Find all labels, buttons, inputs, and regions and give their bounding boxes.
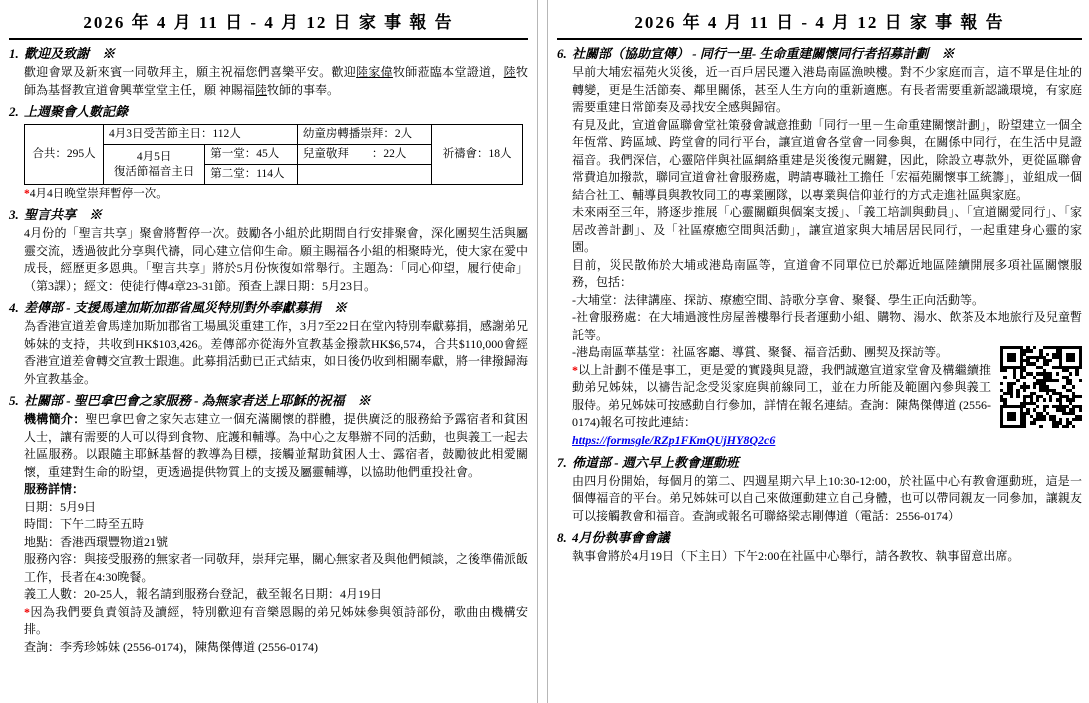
underlined-name: 陸 [504, 65, 516, 79]
bulletin-document: 2026 年 4 月 11 日 - 4 月 12 日 家 事 報 告 1. 歡迎… [0, 0, 1089, 703]
item-heading: 2. 上週聚會人數記錄 [9, 102, 528, 122]
paragraph: 目前，災民散佈於大埔或港島南區等，宣道會不同單位已於鄰近地區陸續開展多項社區關懷… [572, 257, 1082, 292]
item-title: 上週聚會人數記錄 [24, 102, 528, 122]
item-missions-donation: 4. 差傳部 - 支援馬達加斯加郡省風災特別對外奉獻募捐 ※ 為香港宣道差會馬達… [9, 298, 528, 388]
intro-text: 聖巴拿巴會之家矢志建立一個充滿關懷的群體，提供廣泛的服務給予露宿者和貧困人士，讓… [24, 412, 528, 479]
item-body: 早前大埔宏福苑火災後，近一百戶居民遷入港島南區漁映樓。對不少家庭而言，這不單是住… [572, 64, 1082, 450]
service-place: 地點：香港西環豐物道21號 [24, 534, 528, 552]
item-heading: 4. 差傳部 - 支援馬達加斯加郡省風災特別對外奉獻募捐 ※ [9, 298, 528, 318]
cell-first-service: 第一堂：45人 [205, 145, 298, 165]
item-body: 為香港宣道差會馬達加斯加郡省工場風災重建工作，3月7至22日在堂內特別奉獻募捐，… [24, 318, 528, 388]
easter-date-line2: 復活節福音主日 [109, 165, 199, 180]
attendance-table: 合共：295人 4月3日受苦節主日：112人 幼童房轉播崇拜：2人 祈禱會：18… [24, 124, 523, 185]
page-left: 2026 年 4 月 11 日 - 4 月 12 日 家 事 報 告 1. 歡迎… [0, 0, 537, 703]
item-heading: 8. 4月份執事會會議 [557, 528, 1082, 548]
item-number: 1. [9, 44, 24, 64]
item-number: 5. [9, 391, 24, 411]
item-title: 差傳部 - 支援馬達加斯加郡省風災特別對外奉獻募捐 ※ [24, 298, 528, 318]
item-rebuild-companion: 6. 社關部（協助宣傳） - 同行一里- 生命重建關懷同行者招募計劃 ※ 早前大… [557, 44, 1082, 450]
item-body: 歡迎會眾及新來賓一同敬拜主，願主祝福您們喜樂平安。歡迎陸家偉牧師蒞臨本堂證道，陸… [24, 64, 528, 99]
item-attendance: 2. 上週聚會人數記錄 合共：295人 4月3日受苦節主日：112人 幼童房轉播… [9, 102, 528, 202]
item-number: 8. [557, 528, 572, 548]
item-exercise-class: 7. 佈道部 - 週六早上教會運動班 由四月份開始，每個月的第二、四週星期六早上… [557, 453, 1082, 526]
item-scripture-sharing: 3. 聖言共享 ※ 4月份的「聖言共享」聚會將暫停一次。鼓勵各小組於此期間自行安… [9, 205, 528, 295]
qr-code [1000, 346, 1082, 428]
cell-good-friday: 4月3日受苦節主日：112人 [103, 125, 297, 145]
paragraph: 機構簡介：聖巴拿巴會之家矢志建立一個充滿關懷的群體，提供廣泛的服務給予露宿者和貧… [24, 411, 528, 481]
footnote-text: 4月4日晚堂崇拜暫停一次。 [30, 188, 168, 200]
paragraph: 由四月份開始，每個月的第二、四週星期六早上10:30-12:00，於社區中心有教… [572, 473, 1082, 526]
underlined-name: 陸家偉 [356, 65, 393, 79]
paragraph: 歡迎會眾及新來賓一同敬拜主，願主祝福您們喜樂平安。歡迎陸家偉牧師蒞臨本堂證道，陸… [24, 64, 528, 99]
paragraph: 4月份的「聖言共享」聚會將暫停一次。鼓勵各小組於此期間自行安排聚會，深化團契生活… [24, 225, 528, 295]
cell-empty [297, 165, 431, 185]
service-date: 日期：5月9日 [24, 499, 528, 517]
item-heading: 7. 佈道部 - 週六早上教會運動班 [557, 453, 1082, 473]
item-heading: 6. 社關部（協助宣傳） - 同行一里- 生命重建關懷同行者招募計劃 ※ [557, 44, 1082, 64]
paragraph: 早前大埔宏福苑火災後，近一百戶居民遷入港島南區漁映樓。對不少家庭而言，這不單是住… [572, 64, 1082, 117]
item-number: 2. [9, 102, 24, 122]
page-right: 2026 年 4 月 11 日 - 4 月 12 日 家 事 報 告 6. 社關… [548, 0, 1089, 703]
item-number: 7. [557, 453, 572, 473]
item-heading: 5. 社關部 - 聖巴拿巴會之家服務 - 為無家者送上耶穌的祝福 ※ [9, 391, 528, 411]
item-body: 執事會將於4月19日（下主日）下午2:00在社區中心舉行，請各教牧、執事留意出席… [572, 548, 1082, 566]
signup-link[interactable]: https://formsgle/RZp1FKmQUjHY8Q2c6 [572, 433, 775, 447]
item-number: 3. [9, 205, 24, 225]
item-welcome: 1. 歡迎及致謝 ※ 歡迎會眾及新來賓一同敬拜主，願主祝福您們喜樂平安。歡迎陸家… [9, 44, 528, 99]
page-title: 2026 年 4 月 11 日 - 4 月 12 日 家 事 報 告 [557, 5, 1082, 40]
item-body: 合共：295人 4月3日受苦節主日：112人 幼童房轉播崇拜：2人 祈禱會：18… [24, 124, 528, 202]
cell-easter-date: 4月5日 復活節福音主日 [103, 145, 204, 185]
item-title: 聖言共享 ※ [24, 205, 528, 225]
page-title: 2026 年 4 月 11 日 - 4 月 12 日 家 事 報 告 [9, 5, 528, 40]
item-title: 歡迎及致謝 ※ [24, 44, 528, 64]
paragraph: 未來兩至三年，將逐步推展「心靈關顧與個案支援」、「義工培訓與動員」、「宣道關愛同… [572, 204, 1082, 257]
item-body: 機構簡介：聖巴拿巴會之家矢志建立一個充滿關懷的群體，提供廣泛的服務給予露宿者和貧… [24, 411, 528, 656]
item-homeless-service: 5. 社關部 - 聖巴拿巴會之家服務 - 為無家者送上耶穌的祝福 ※ 機構簡介：… [9, 391, 528, 656]
underlined-name: 陸 [255, 83, 267, 97]
item-number: 4. [9, 298, 24, 318]
note-text: 因為我們要負責領詩及讀經，特別歡迎有音樂恩賜的弟兄姊妹參與領詩部份，歌曲由機構安… [24, 605, 528, 637]
item-title: 4月份執事會會議 [572, 528, 1082, 548]
item-heading: 1. 歡迎及致謝 ※ [9, 44, 528, 64]
item-title: 佈道部 - 週六早上教會運動班 [572, 453, 1082, 473]
cell-nursery: 幼童房轉播崇拜：2人 [297, 125, 431, 145]
service-volunteers: 義工人數：20-25人，報名請到服務台登記，截至報名日期：4月19日 [24, 586, 528, 604]
item-heading: 3. 聖言共享 ※ [9, 205, 528, 225]
paragraph: 有見及此，宣道會區聯會堂社策發會誠意推動「同行一里－生命重建關懷計劃」，盼望建立… [572, 117, 1082, 205]
intro-label: 機構簡介： [24, 412, 86, 426]
cell-total: 合共：295人 [25, 125, 104, 185]
service-content: 服務內容：與接受服務的無家者一同敬拜，崇拜完畢，關心無家者及與他們傾談，之後準備… [24, 551, 528, 586]
service-enquiry: 查詢：李秀珍姊妹 (2556-0174)，陳雋傑傳道 (2556-0174) [24, 639, 528, 657]
text-segment: 歡迎會眾及新來賓一同敬拜主，願主祝福您們喜樂平安。歡迎 [24, 65, 356, 79]
cell-second-service: 第二堂：114人 [205, 165, 298, 185]
item-body: 4月份的「聖言共享」聚會將暫停一次。鼓勵各小組於此期間自行安排聚會，深化團契生活… [24, 225, 528, 295]
note-text: 以上計劃不僅是事工，更是愛的實踐與見證，我們誠邀宣道家堂會及構繼續推動弟兄姊妹，… [572, 363, 991, 430]
text-segment: 牧師的事奉。 [267, 83, 339, 97]
bullet-taipo: -大埔堂：法律講座、探訪、療癒空間、詩歌分享會、聚餐、學生正向活動等。 [572, 292, 1082, 310]
service-time: 時間：下午二時至五時 [24, 516, 528, 534]
item-title: 社關部（協助宣傳） - 同行一里- 生命重建關懷同行者招募計劃 ※ [572, 44, 1082, 64]
cell-prayer-meeting: 祈禱會：18人 [432, 125, 523, 185]
details-label: 服務詳情： [24, 481, 528, 499]
page-divider [537, 0, 548, 703]
music-note: *因為我們要負責領詩及讀經，特別歡迎有音樂恩賜的弟兄姊妹參與領詩部份，歌曲由機構… [24, 604, 528, 639]
table-footnote: *4月4日晚堂崇拜暫停一次。 [24, 186, 528, 202]
item-number: 6. [557, 44, 572, 64]
item-title: 社關部 - 聖巴拿巴會之家服務 - 為無家者送上耶穌的祝福 ※ [24, 391, 528, 411]
paragraph: 執事會將於4月19日（下主日）下午2:00在社區中心舉行，請各教牧、執事留意出席… [572, 548, 1082, 566]
item-body: 由四月份開始，每個月的第二、四週星期六早上10:30-12:00，於社區中心有教… [572, 473, 1082, 526]
easter-date-line1: 4月5日 [109, 150, 199, 165]
item-deacon-meeting: 8. 4月份執事會會議 執事會將於4月19日（下主日）下午2:00在社區中心舉行… [557, 528, 1082, 566]
paragraph: 為香港宣道差會馬達加斯加郡省工場風災重建工作，3月7至22日在堂內特別奉獻募捐，… [24, 318, 528, 388]
text-segment: 牧師蒞臨本堂證道， [393, 65, 504, 79]
cell-children-worship: 兒童敬拜 ：22人 [297, 145, 431, 165]
bullet-social-service: -社會服務處：在大埔過渡性房屋善樓舉行長者運動小組、購物、湯水、飲茶及本地旅行及… [572, 309, 1082, 344]
